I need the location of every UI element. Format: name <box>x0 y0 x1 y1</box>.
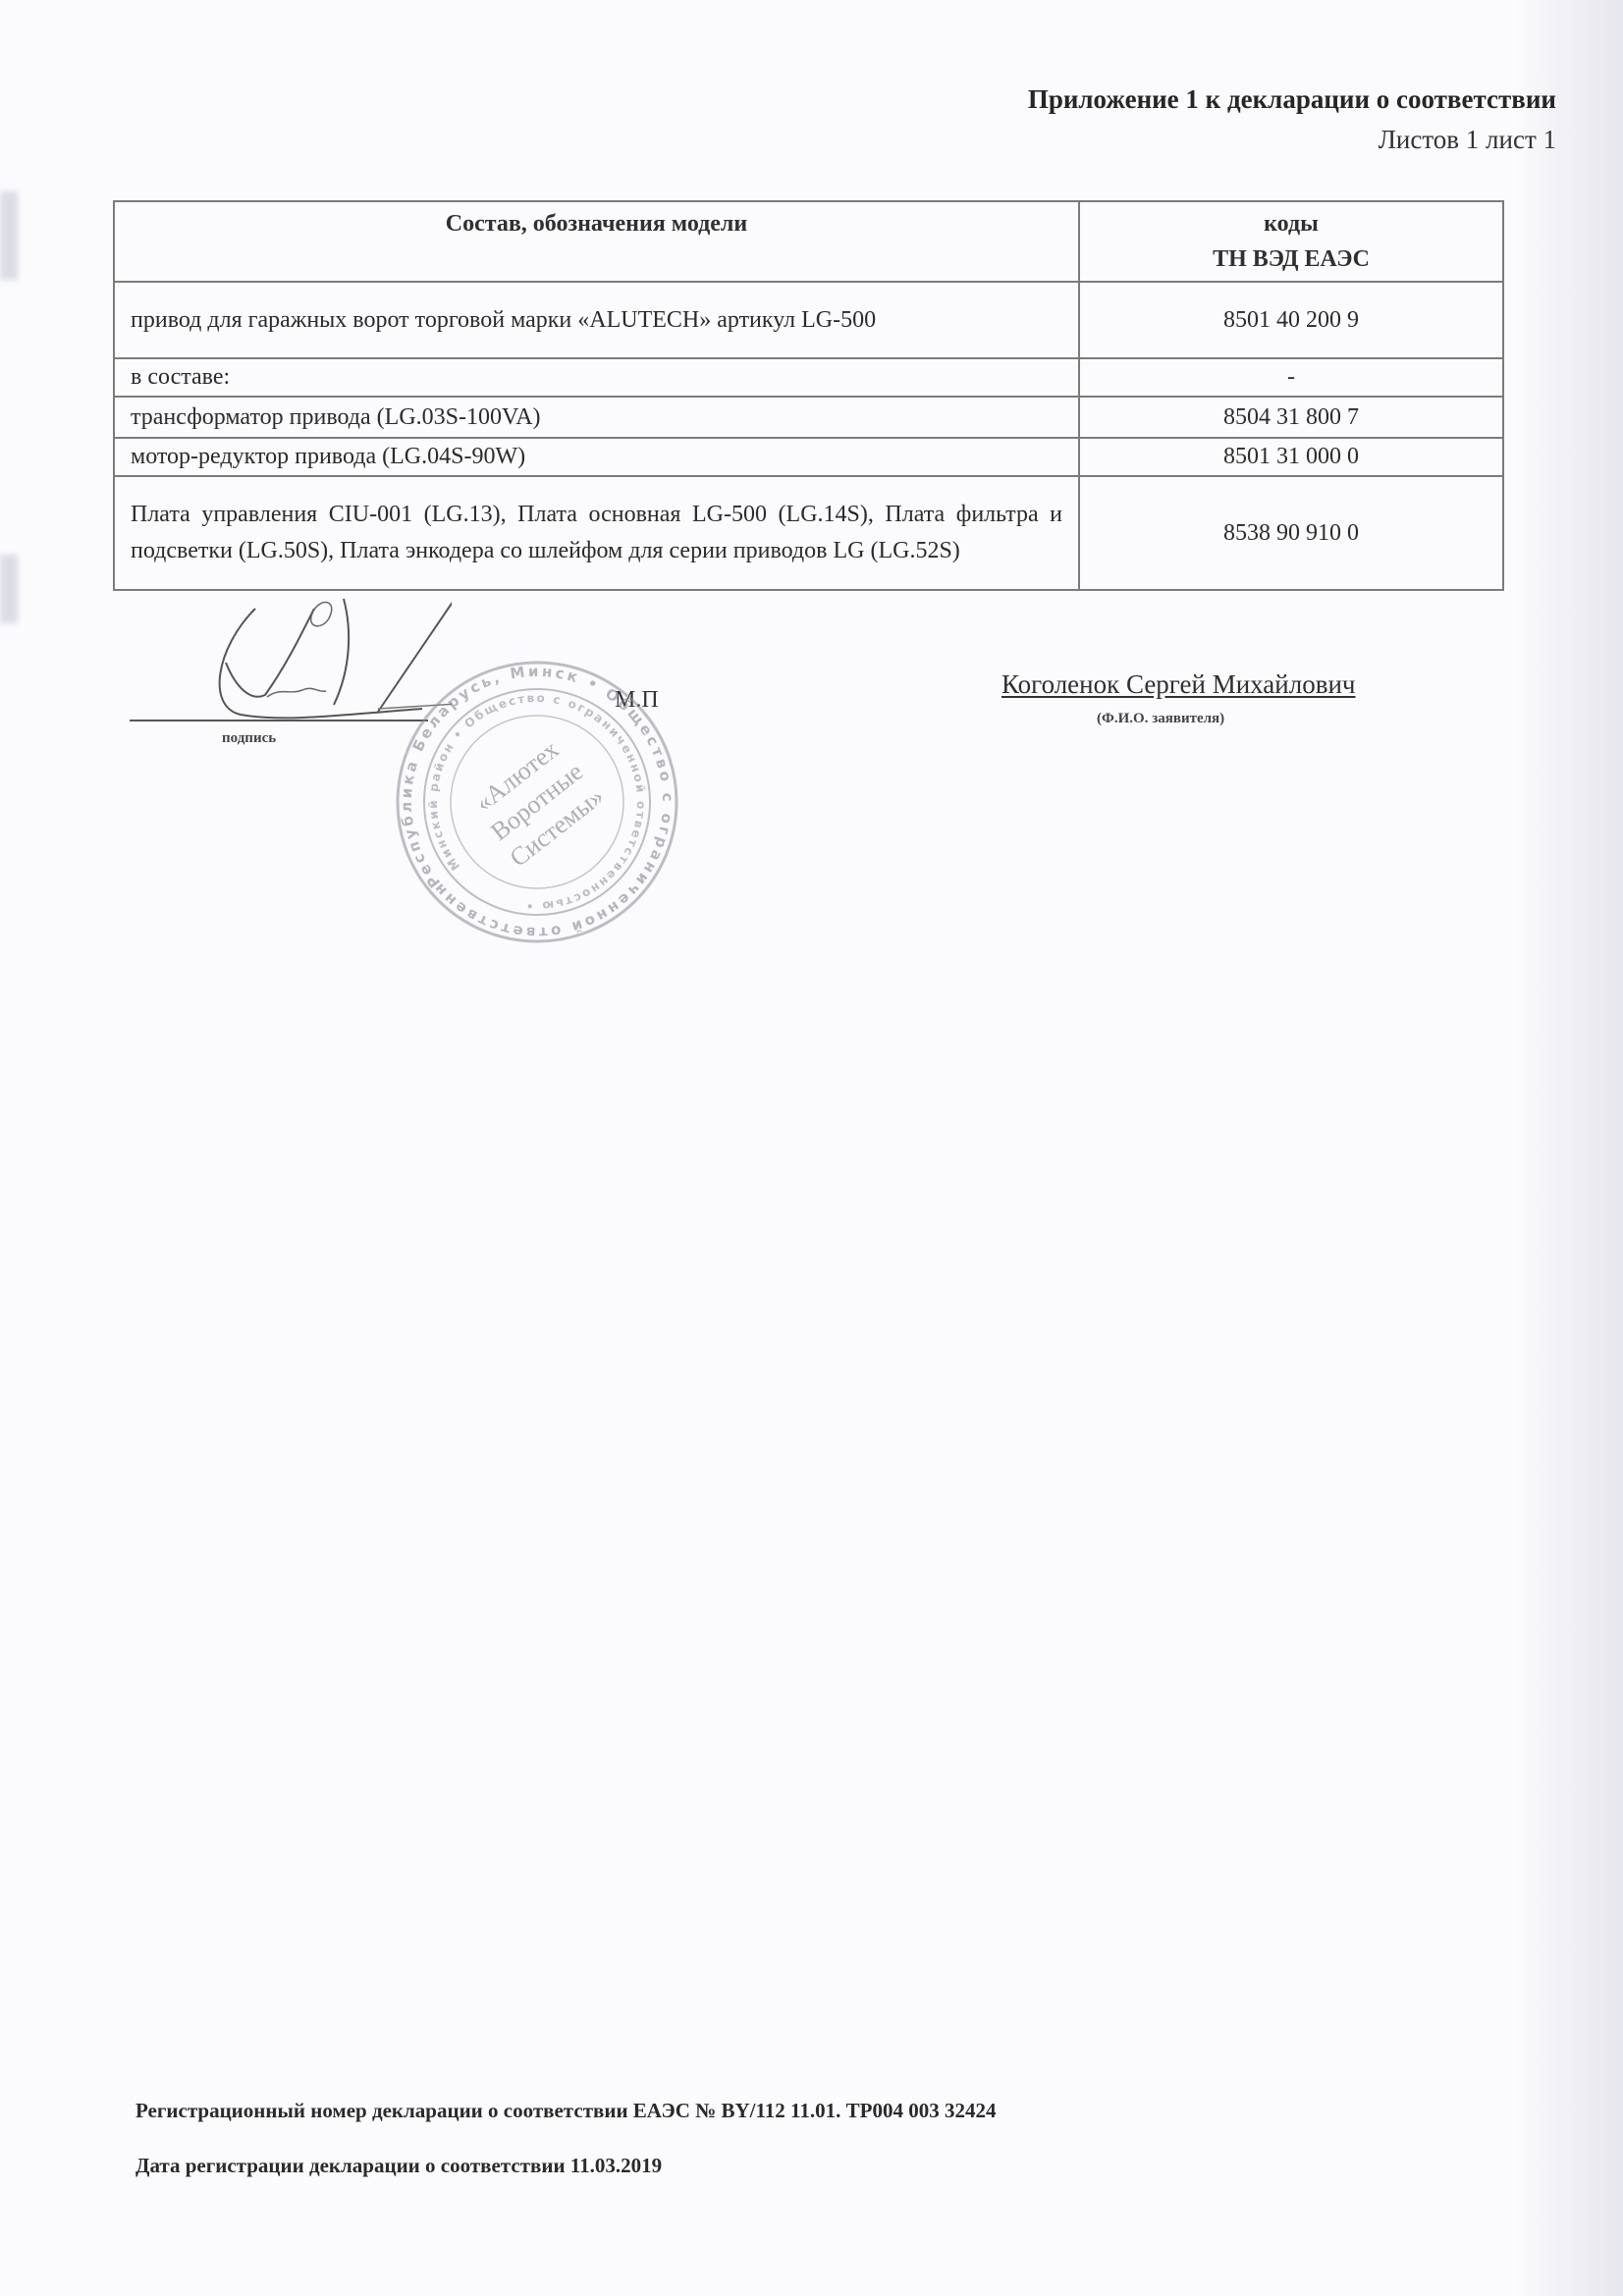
column-header-codes-line2: ТН ВЭД ЕАЭС <box>1213 246 1370 272</box>
composition-table: Состав, обозначения модели коды ТН ВЭД Е… <box>113 200 1504 591</box>
column-header-codes-line1: коды <box>1264 211 1319 237</box>
page-edge-shadow <box>1515 0 1623 2296</box>
column-header-composition: Состав, обозначения модели <box>114 201 1079 282</box>
registration-number: Регистрационный номер декларации о соотв… <box>135 2099 996 2123</box>
applicant-name: Коголенок Сергей Михайлович <box>1001 669 1356 700</box>
table-row: Плата управления CIU-001 (LG.13), Плата … <box>114 476 1503 590</box>
row-description: привод для гаражных ворот торговой марки… <box>114 282 1079 358</box>
table-row: в составе: - <box>114 358 1503 397</box>
row-code: 8501 40 200 9 <box>1079 282 1503 358</box>
scan-artifact <box>0 555 18 623</box>
table-header-row: Состав, обозначения модели коды ТН ВЭД Е… <box>114 201 1503 282</box>
table-row: трансформатор привода (LG.03S-100VA) 850… <box>114 397 1503 438</box>
appendix-title: Приложение 1 к декларации о соответствии <box>1028 84 1556 115</box>
applicant-name-label: (Ф.И.О. заявителя) <box>1097 711 1224 727</box>
registration-date: Дата регистрации декларации о соответств… <box>135 2154 662 2178</box>
row-code: 8538 90 910 0 <box>1079 476 1503 590</box>
column-header-codes: коды ТН ВЭД ЕАЭС <box>1079 201 1503 282</box>
row-code: 8501 31 000 0 <box>1079 438 1503 476</box>
row-description: в составе: <box>114 358 1079 397</box>
row-description: мотор-редуктор привода (LG.04S-90W) <box>114 438 1079 476</box>
table-row: привод для гаражных ворот торговой марки… <box>114 282 1503 358</box>
signature-label: подпись <box>222 730 276 747</box>
row-description: Плата управления CIU-001 (LG.13), Плата … <box>114 476 1079 590</box>
row-code: 8504 31 800 7 <box>1079 397 1503 438</box>
row-description: трансформатор привода (LG.03S-100VA) <box>114 397 1079 438</box>
scan-artifact <box>0 191 18 280</box>
row-code: - <box>1079 358 1503 397</box>
company-seal: Республика Беларусь, Минск • Общество с … <box>390 655 684 949</box>
table-row: мотор-редуктор привода (LG.04S-90W) 8501… <box>114 438 1503 476</box>
sheet-count: Листов 1 лист 1 <box>1379 125 1556 155</box>
